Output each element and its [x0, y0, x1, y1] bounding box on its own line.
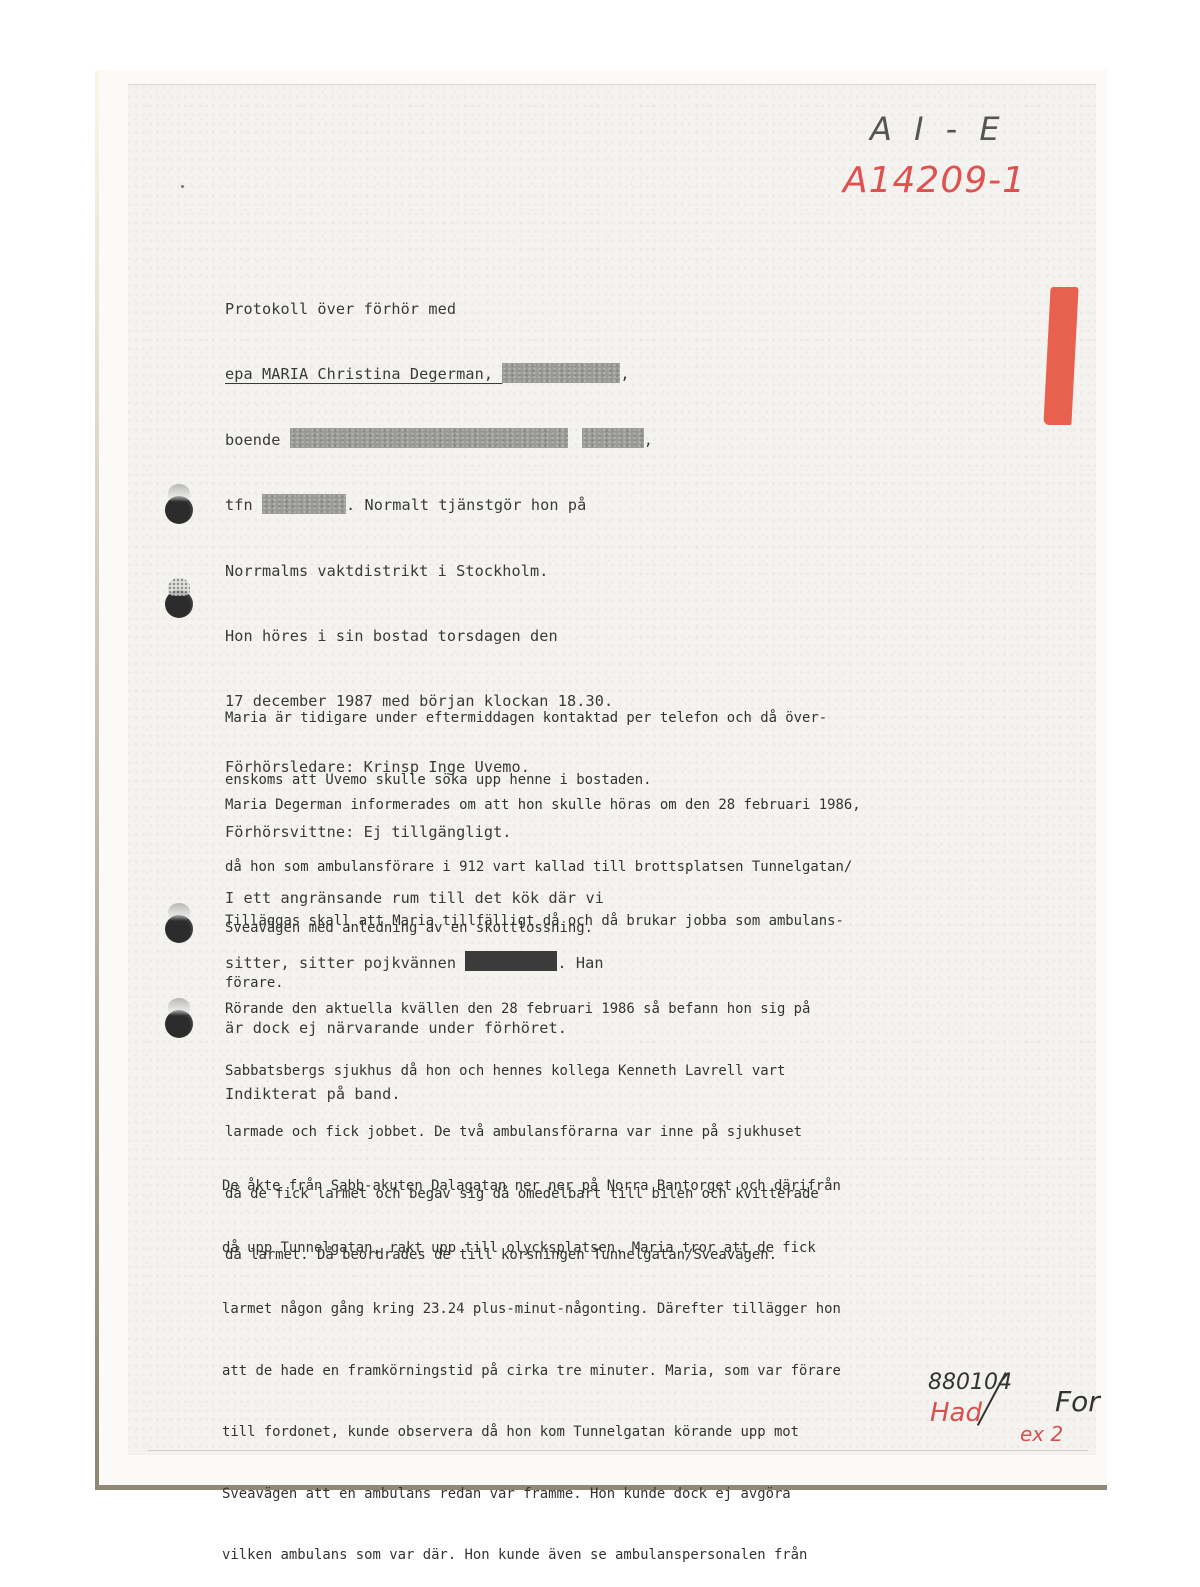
handwritten-initials: Had: [930, 1398, 982, 1428]
header-phone-line: tfn . Normalt tjänstgör hon på: [225, 491, 653, 520]
paragraph: De åkte från Sabb-akuten Dalagatan ner n…: [222, 1140, 841, 1553]
header-line: Hon höres i sin bostad torsdagen den: [225, 622, 653, 651]
document-number: A14209-1: [843, 160, 1026, 201]
punch-hole-icon: [165, 496, 193, 524]
redaction-block: [582, 428, 644, 448]
redaction-block: [262, 494, 346, 514]
copy-note: ex 2: [1020, 1422, 1063, 1446]
redaction-block: [502, 363, 620, 383]
header-subject-line: epa MARIA Christina Degerman, ,: [225, 360, 653, 389]
punch-hole-icon: [165, 590, 193, 618]
handwritten-signature: For: [1055, 1385, 1100, 1418]
subject-name: epa MARIA Christina Degerman,: [225, 365, 502, 383]
redaction-block: [290, 428, 568, 448]
header-line: Norrmalms vaktdistrikt i Stockholm.: [225, 557, 653, 586]
punch-hole-icon: [165, 1010, 193, 1038]
archive-reference: A I - E: [870, 110, 1006, 148]
punch-hole-icon: [165, 915, 193, 943]
scan-left-edge: [95, 70, 99, 1490]
speck-mark: [181, 185, 184, 188]
header-address-line: boende ,: [225, 426, 653, 455]
header-title: Protokoll över förhör med: [225, 295, 653, 324]
